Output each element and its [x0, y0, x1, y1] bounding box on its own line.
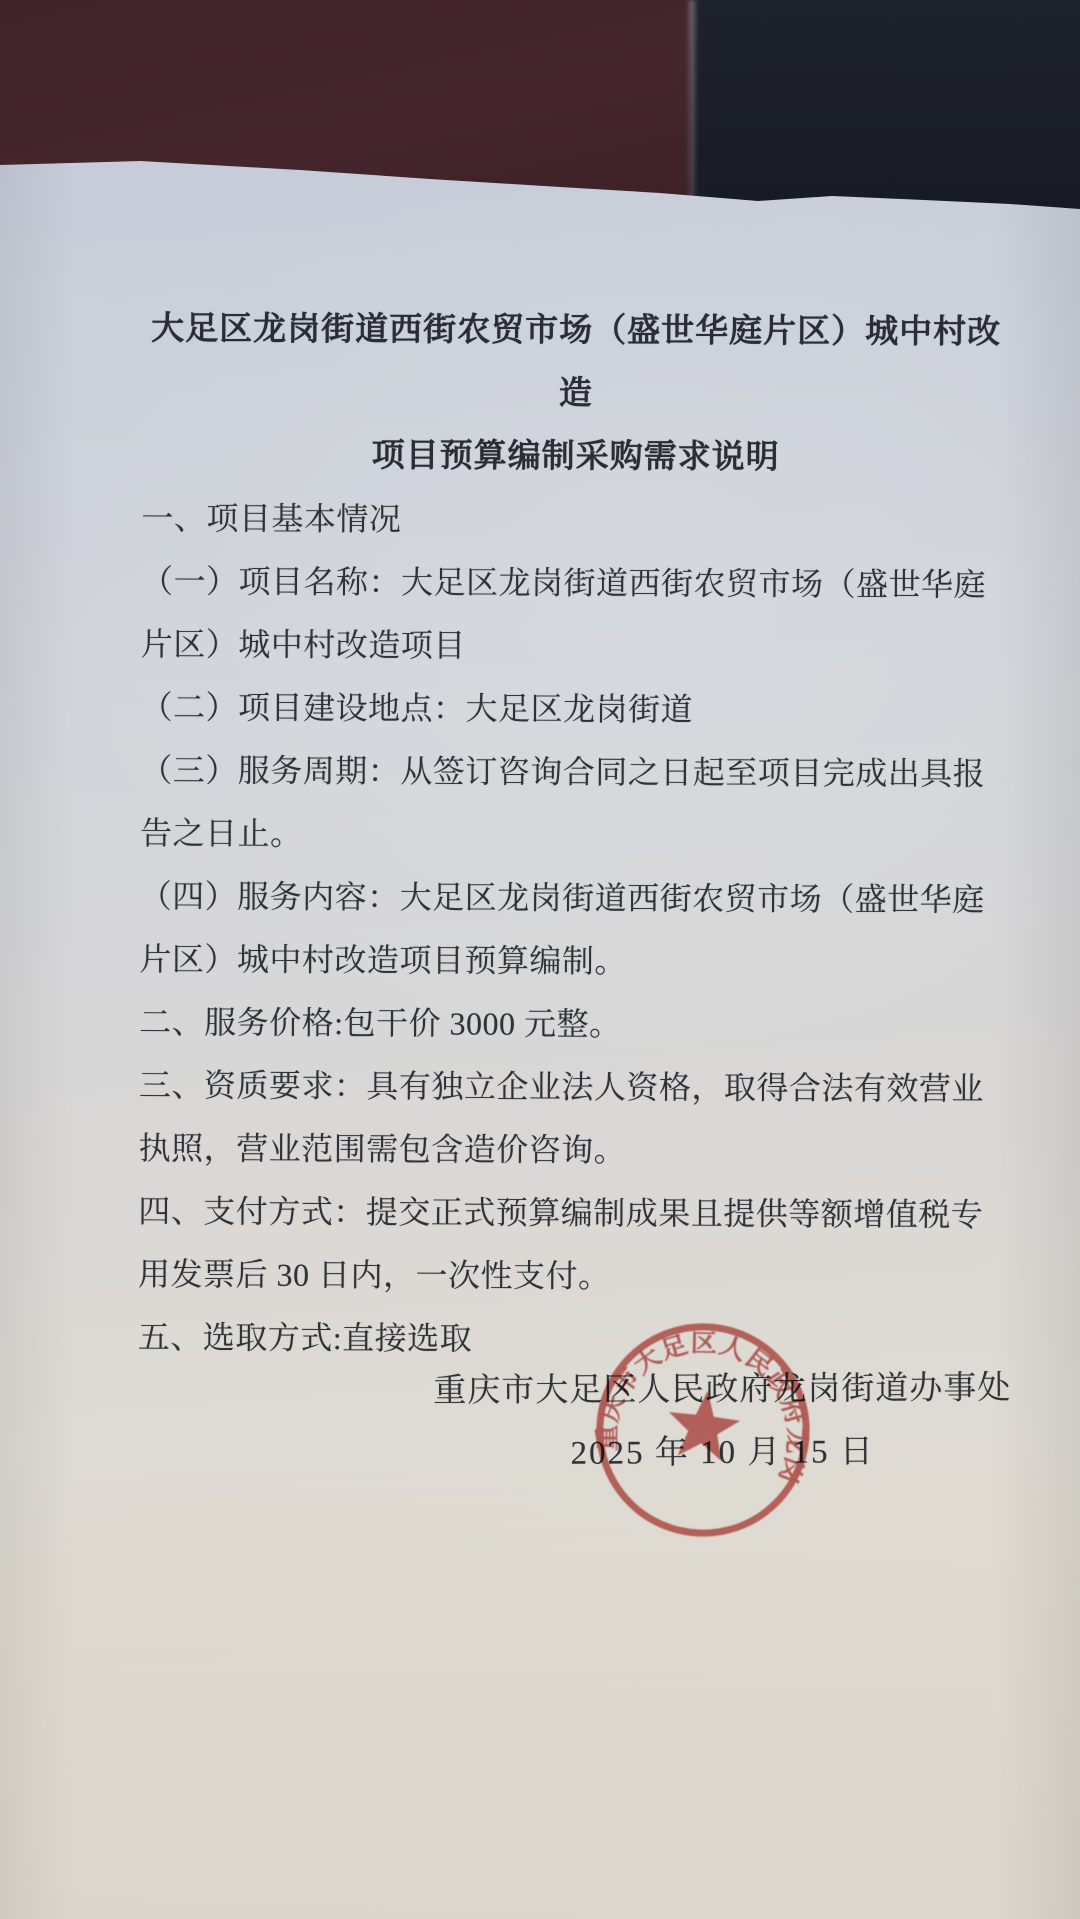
- document-body-line-12: 四、支付方式：提交正式预算编制成果且提供等额增值税专: [138, 1180, 1006, 1247]
- document-body-line-3: 片区）城中村改造项目: [141, 613, 1009, 680]
- official-seal-graphic: 重庆市大足区人民政府龙岗街道办事处: [570, 1297, 835, 1562]
- document-body-line-6: 告之日止。: [140, 802, 1008, 869]
- paper-sheet: 大足区龙岗街道西街农贸市场（盛世华庭片区）城中村改造项目预算编制采购需求说明一、…: [0, 0, 1080, 1919]
- document-body-line-11: 执照，营业范围需包含造价咨询。: [138, 1117, 1006, 1184]
- document-body-line-10: 三、资质要求：具有独立企业法人资格，取得合法有效营业: [139, 1054, 1007, 1121]
- document-body-line-14: 五、选取方式:直接选取: [138, 1306, 1006, 1373]
- document-body-line-1: 一、项目基本情况: [141, 487, 1009, 554]
- document-body-line-13: 用发票后 30 日内，一次性支付。: [138, 1243, 1006, 1310]
- document-body-line-2: （一）项目名称：大足区龙岗街道西街农贸市场（盛世华庭: [141, 550, 1009, 617]
- red-star-icon: [664, 1386, 743, 1462]
- document-body-line-5: （三）服务周期：从签订咨询合同之日起至项目完成出具报: [140, 739, 1008, 806]
- document-title-line-1: 大足区龙岗街道西街农贸市场（盛世华庭片区）城中村改造: [142, 298, 1011, 428]
- document-title-line-2: 项目预算编制采购需求说明: [142, 424, 1010, 491]
- document-body-line-8: 片区）城中村改造项目预算编制。: [139, 928, 1007, 995]
- document-body-line-9: 二、服务价格:包干价 3000 元整。: [139, 991, 1007, 1058]
- document-body-line-7: （四）服务内容：大足区龙岗街道西街农贸市场（盛世华庭: [140, 865, 1008, 932]
- official-seal: 重庆市大足区人民政府龙岗街道办事处: [570, 1297, 835, 1562]
- document-body-line-4: （二）项目建设地点：大足区龙岗街道: [140, 676, 1008, 743]
- document-text-block: 大足区龙岗街道西街农贸市场（盛世华庭片区）城中村改造项目预算编制采购需求说明一、…: [138, 298, 1011, 1373]
